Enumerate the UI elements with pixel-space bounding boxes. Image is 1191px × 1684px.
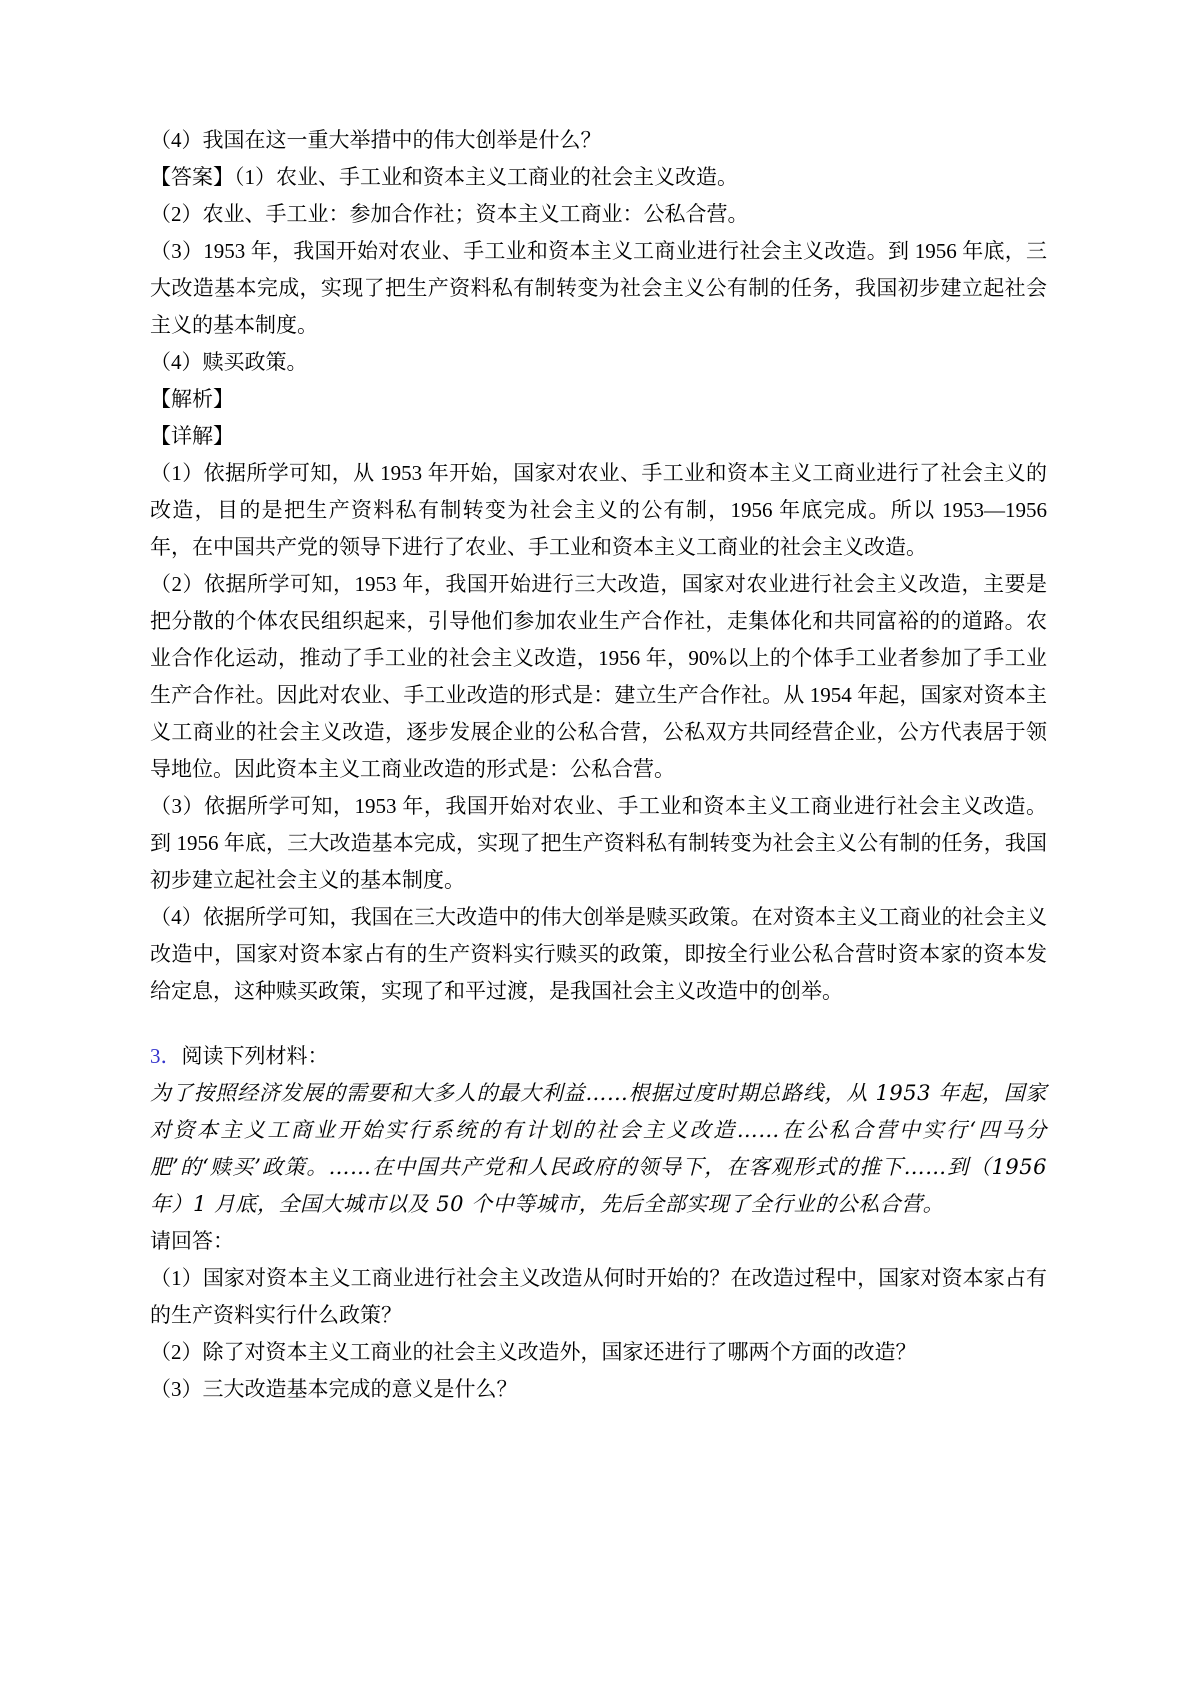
detail-paragraph: （3）依据所学可知，1953 年，我国开始对农业、手工业和资本主义工商业进行社会…: [150, 788, 1047, 899]
answer-line: （2）农业、手工业：参加合作社；资本主义工商业：公私合营。: [150, 196, 1047, 233]
question3-number: 3．: [150, 1044, 182, 1068]
question3-title: 阅读下列材料：: [182, 1044, 329, 1068]
question3-block: 3．阅读下列材料： 为了按照经济发展的需要和大多人的最大利益……根据过度时期总路…: [150, 1038, 1047, 1408]
detail-paragraph: （4）依据所学可知，我国在三大改造中的伟大创举是赎买政策。在对资本主义工商业的社…: [150, 899, 1047, 1010]
answer-line: 【答案】（1）农业、手工业和资本主义工商业的社会主义改造。: [150, 159, 1047, 196]
analysis-label: 【解析】: [150, 381, 1047, 418]
answer-line: （4）赎买政策。: [150, 344, 1047, 381]
question3-title-line: 3．阅读下列材料：: [150, 1038, 1047, 1075]
document-content: （4）我国在这一重大举措中的伟大创举是什么？ 【答案】（1）农业、手工业和资本主…: [150, 122, 1047, 1408]
question3-prompt: 请回答：: [150, 1223, 1047, 1260]
sub-question: （1）国家对资本主义工商业进行社会主义改造从何时开始的？在改造过程中，国家对资本…: [150, 1260, 1047, 1334]
detail-label: 【详解】: [150, 418, 1047, 455]
question3-material: 为了按照经济发展的需要和大多人的最大利益……根据过度时期总路线，从 1953 年…: [150, 1075, 1047, 1223]
document-page: （4）我国在这一重大举措中的伟大创举是什么？ 【答案】（1）农业、手工业和资本主…: [0, 0, 1191, 1684]
sub-question: （2）除了对资本主义工商业的社会主义改造外，国家还进行了哪两个方面的改造？: [150, 1334, 1047, 1371]
answer-block: （4）我国在这一重大举措中的伟大创举是什么？ 【答案】（1）农业、手工业和资本主…: [150, 122, 1047, 1010]
detail-paragraph: （2）依据所学可知，1953 年，我国开始进行三大改造，国家对农业进行社会主义改…: [150, 566, 1047, 788]
answer-line: （3）1953 年，我国开始对农业、手工业和资本主义工商业进行社会主义改造。到 …: [150, 233, 1047, 344]
detail-paragraph: （1）依据所学可知，从 1953 年开始，国家对农业、手工业和资本主义工商业进行…: [150, 455, 1047, 566]
question-sub4-text: （4）我国在这一重大举措中的伟大创举是什么？: [150, 122, 1047, 159]
sub-question: （3）三大改造基本完成的意义是什么？: [150, 1371, 1047, 1408]
